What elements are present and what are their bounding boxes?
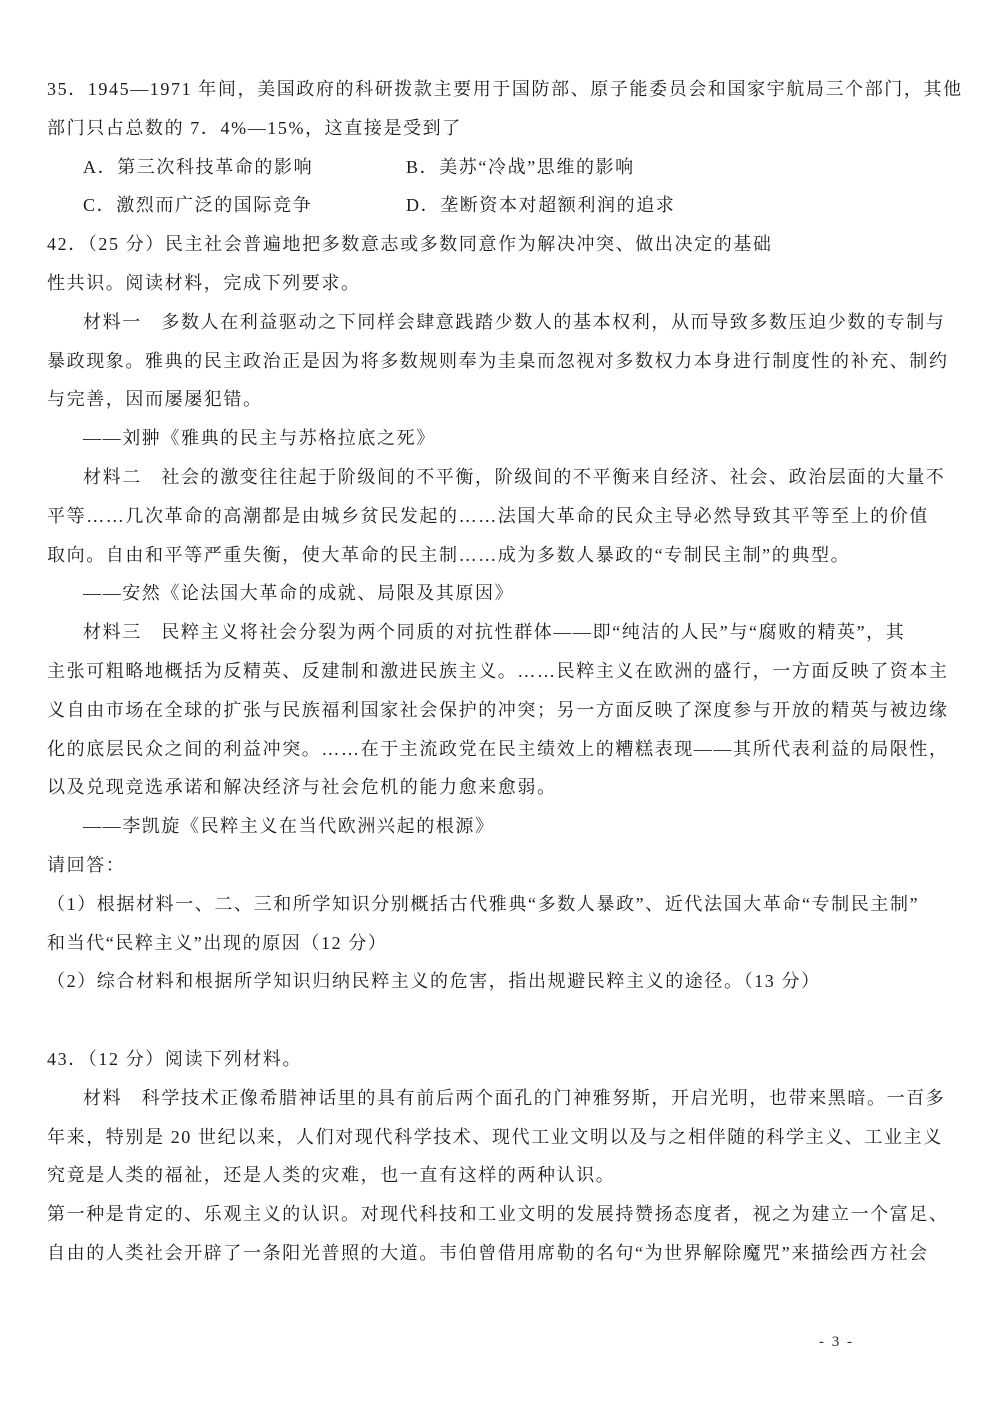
exam-page-body: 35．1945—1971 年间，美国政府的科研拨款主要用于国防部、原子能委员会和… <box>47 70 957 1273</box>
text-line: ——刘翀《雅典的民主与苏格拉底之死》 <box>47 419 957 458</box>
text-line: 年来，特别是 20 世纪以来，人们对现代科学技术、现代工业文明以及与之相伴随的科… <box>47 1118 957 1157</box>
text-line: 42．（25 分）民主社会普遍地把多数意志或多数同意作为解决冲突、做出决定的基础 <box>47 225 957 264</box>
choice-option: D．垄断资本对超额利润的追求 <box>406 195 675 215</box>
text-line: 究竟是人类的福祉，还是人类的灾难，也一直有这样的两种认识。 <box>47 1156 957 1195</box>
text-line: 材料三 民粹主义将社会分裂为两个同质的对抗性群体——即“纯洁的人民”与“腐败的精… <box>47 613 957 652</box>
text-line: 部门只占总数的 7．4%—15%，这直接是受到了 <box>47 109 957 148</box>
text-line: 材料一 多数人在利益驱动之下同样会肆意践踏少数人的基本权利，从而导致多数压迫少数… <box>47 303 957 342</box>
blank-line <box>47 1001 957 1040</box>
text-line: 暴政现象。雅典的民主政治正是因为将多数规则奉为圭臬而忽视对多数权力本身进行制度性… <box>47 342 957 381</box>
text-line: 请回答： <box>47 846 957 885</box>
text-line: 材料 科学技术正像希腊神话里的具有前后两个面孔的门神雅努斯，开启光明，也带来黑暗… <box>47 1079 957 1118</box>
text-line: 平等……几次革命的高潮都是由城乡贫民发起的……法国大革命的民众主导必然导致其平等… <box>47 497 957 536</box>
choice-option: C．激烈而广泛的国际竞争 <box>83 186 406 225</box>
text-line: 义自由市场在全球的扩张与民族福利国家社会保护的冲突；另一方面反映了深度参与开放的… <box>47 691 957 730</box>
text-line: （1）根据材料一、二、三和所学知识分别概括古代雅典“多数人暴政”、近代法国大革命… <box>47 885 957 924</box>
text-line: （2）综合材料和根据所学知识归纳民粹主义的危害，指出规避民粹主义的途径。（13 … <box>47 962 957 1001</box>
choice-option: A．第三次科技革命的影响 <box>83 148 406 187</box>
page-number: - 3 - <box>819 1334 854 1351</box>
text-line: 化的底层民众之间的利益冲突。……在于主流政党在民主绩效上的糟糕表现——其所代表利… <box>47 730 957 769</box>
text-line: 第一种是肯定的、乐观主义的认识。对现代科技和工业文明的发展持赞扬态度者，视之为建… <box>47 1195 957 1234</box>
text-line: 35．1945—1971 年间，美国政府的科研拨款主要用于国防部、原子能委员会和… <box>47 70 957 109</box>
choice-option: B．美苏“冷战”思维的影响 <box>406 157 635 177</box>
text-line: 材料二 社会的激变往往起于阶级间的不平衡，阶级间的不平衡来自经济、社会、政治层面… <box>47 458 957 497</box>
text-line: ——李凯旋《民粹主义在当代欧洲兴起的根源》 <box>47 807 957 846</box>
text-line: 和当代“民粹主义”出现的原因（12 分） <box>47 924 957 963</box>
text-line: 取向。自由和平等严重失衡，使大革命的民主制……成为多数人暴政的“专制民主制”的典… <box>47 536 957 575</box>
text-line: 自由的人类社会开辟了一条阳光普照的大道。韦伯曾借用席勒的名句“为世界解除魔咒”来… <box>47 1234 957 1273</box>
text-line: 主张可粗略地概括为反精英、反建制和激进民族主义。……民粹主义在欧洲的盛行，一方面… <box>47 652 957 691</box>
choice-row: C．激烈而广泛的国际竞争D．垄断资本对超额利润的追求 <box>47 186 957 225</box>
text-line: 43．（12 分）阅读下列材料。 <box>47 1040 957 1079</box>
text-line: ——安然《论法国大革命的成就、局限及其原因》 <box>47 574 957 613</box>
choice-row: A．第三次科技革命的影响B．美苏“冷战”思维的影响 <box>47 148 957 187</box>
text-line: 以及兑现竞选承诺和解决经济与社会危机的能力愈来愈弱。 <box>47 768 957 807</box>
text-line: 性共识。阅读材料，完成下列要求。 <box>47 264 957 303</box>
text-line: 与完善，因而屡屡犯错。 <box>47 380 957 419</box>
